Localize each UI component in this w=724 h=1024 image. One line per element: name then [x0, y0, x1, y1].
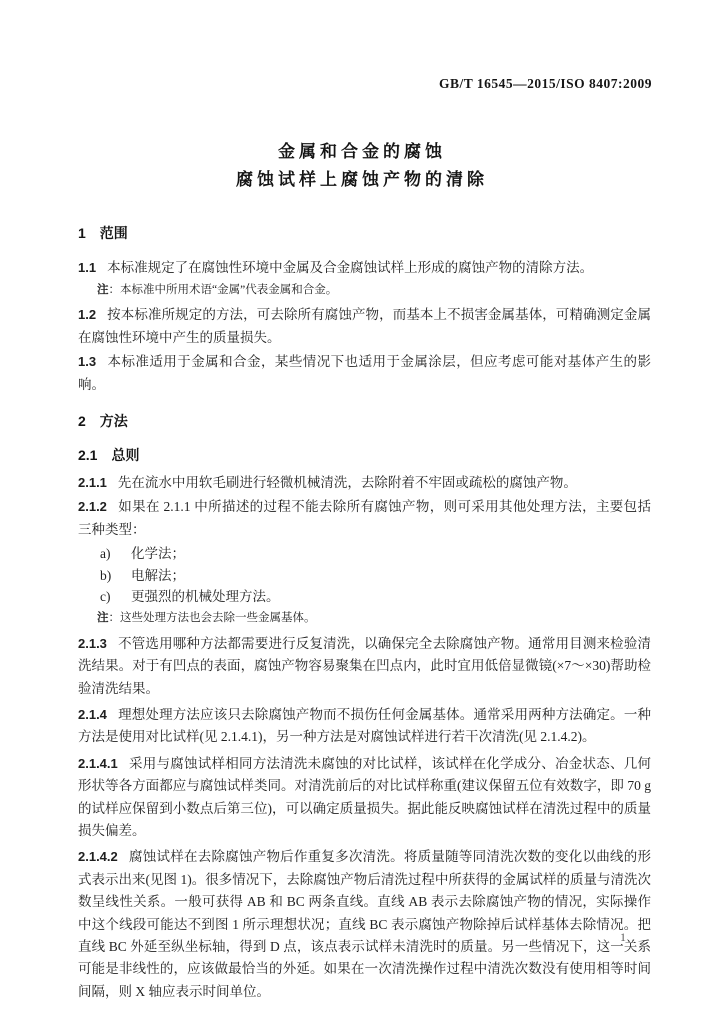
note-after-1-1: 注：本标准中所用术语“金属”代表金属和合金。	[97, 281, 651, 299]
title-line-1: 金属和合金的腐蚀	[0, 138, 724, 166]
clause-2-1-2: 2.1.2如果在 2.1.1 中所描述的过程不能去除所有腐蚀产物，则可采用其他处…	[78, 496, 651, 541]
clause-1-2: 1.2按本标准所规定的方法，可去除所有腐蚀产物，而基本上不损害金属基体，可精确测…	[78, 304, 651, 349]
document-title: 金属和合金的腐蚀 腐蚀试样上腐蚀产物的清除	[0, 138, 724, 194]
list-text: 更强烈的机械处理方法。	[131, 589, 280, 604]
section-heading-methods: 2方法	[78, 412, 651, 430]
clause-2-1-3: 2.1.3不管选用哪种方法都需要进行反复清洗，以确保完全去除腐蚀产物。通常用目测…	[78, 633, 651, 700]
list-item: b)电解法；	[100, 565, 651, 587]
clause-number: 2.1.4.1	[78, 756, 118, 771]
clause-text: 按本标准所规定的方法，可去除所有腐蚀产物，而基本上不损害金属基体，可精确测定金属…	[78, 307, 651, 344]
note-after-2-1-2: 注：这些处理方法也会去除一些金属基体。	[97, 609, 651, 627]
note-label: 注	[97, 612, 109, 624]
document-body: 1范围 1.1本标准规定了在腐蚀性环境中金属及合金腐蚀试样上形成的腐蚀产物的清除…	[78, 224, 651, 1003]
clause-number: 2.1.3	[78, 636, 107, 651]
document-page: GB/T 16545—2015/ISO 8407:2009 金属和合金的腐蚀 腐…	[0, 0, 724, 1024]
section-label: 范围	[100, 225, 128, 241]
section-heading-scope: 1范围	[78, 224, 651, 242]
section-heading-general: 2.1总则	[78, 446, 651, 464]
clause-text: 腐蚀试样在去除腐蚀产物后作重复多次清洗。将质量随等同清洗次数的变化以曲线的形式表…	[78, 849, 651, 998]
clause-text: 先在流水中用软毛刷进行轻微机械清洗，去除附着不牢固或疏松的腐蚀产物。	[118, 475, 577, 490]
list-item: a)化学法；	[100, 543, 651, 565]
section-number: 2.1	[78, 447, 97, 463]
clause-number: 1.3	[78, 354, 96, 369]
list-text: 电解法；	[131, 568, 185, 583]
note-text: ：本标准中所用术语“金属”代表金属和合金。	[109, 284, 338, 296]
list-marker: c)	[100, 586, 118, 608]
clause-number: 2.1.2	[78, 499, 107, 514]
clause-number: 2.1.4	[78, 707, 107, 722]
clause-text: 本标准规定了在腐蚀性环境中金属及合金腐蚀试样上形成的腐蚀产物的清除方法。	[107, 260, 593, 275]
section-label: 总则	[111, 447, 139, 463]
section-label: 方法	[100, 413, 128, 429]
clause-2-1-4-1: 2.1.4.1采用与腐蚀试样相同方法清洗未腐蚀的对比试样，该试样在化学成分、冶金…	[78, 753, 651, 843]
clause-text: 如果在 2.1.1 中所描述的过程不能去除所有腐蚀产物，则可采用其他处理方法，主…	[78, 499, 651, 536]
standard-code: GB/T 16545—2015/ISO 8407:2009	[0, 0, 724, 92]
clause-text: 理想处理方法应该只去除腐蚀产物而不损伤任何金属基体。通常采用两种方法确定。一种方…	[78, 707, 651, 744]
clause-2-1-1: 2.1.1先在流水中用软毛刷进行轻微机械清洗，去除附着不牢固或疏松的腐蚀产物。	[78, 472, 651, 494]
clause-number: 2.1.1	[78, 475, 107, 490]
clause-text: 采用与腐蚀试样相同方法清洗未腐蚀的对比试样，该试样在化学成分、冶金状态、几何形状…	[78, 756, 651, 838]
section-number: 2	[78, 413, 86, 429]
list-marker: b)	[100, 565, 118, 587]
list-text: 化学法；	[131, 546, 185, 561]
page-number: 1	[620, 930, 626, 944]
clause-text: 本标准适用于金属和合金，某些情况下也适用于金属涂层，但应考虑可能对基体产生的影响…	[78, 354, 651, 391]
clause-text: 不管选用哪种方法都需要进行反复清洗，以确保完全去除腐蚀产物。通常用目测来检验清洗…	[78, 636, 651, 696]
note-text: ：这些处理方法也会去除一些金属基体。	[109, 612, 316, 624]
clause-1-1: 1.1本标准规定了在腐蚀性环境中金属及合金腐蚀试样上形成的腐蚀产物的清除方法。	[78, 257, 651, 279]
list-marker: a)	[100, 543, 118, 565]
clause-number: 1.2	[78, 307, 96, 322]
clause-number: 1.1	[78, 260, 96, 275]
clause-2-1-4-2: 2.1.4.2腐蚀试样在去除腐蚀产物后作重复多次清洗。将质量随等同清洗次数的变化…	[78, 846, 651, 1003]
list-item: c)更强烈的机械处理方法。	[100, 586, 651, 608]
clause-1-3: 1.3本标准适用于金属和合金，某些情况下也适用于金属涂层，但应考虑可能对基体产生…	[78, 351, 651, 396]
section-number: 1	[78, 225, 86, 241]
clause-number: 2.1.4.2	[78, 849, 118, 864]
method-type-list: a)化学法； b)电解法； c)更强烈的机械处理方法。	[78, 543, 651, 608]
title-line-2: 腐蚀试样上腐蚀产物的清除	[0, 166, 724, 194]
note-label: 注	[97, 284, 109, 296]
clause-2-1-4: 2.1.4理想处理方法应该只去除腐蚀产物而不损伤任何金属基体。通常采用两种方法确…	[78, 704, 651, 749]
